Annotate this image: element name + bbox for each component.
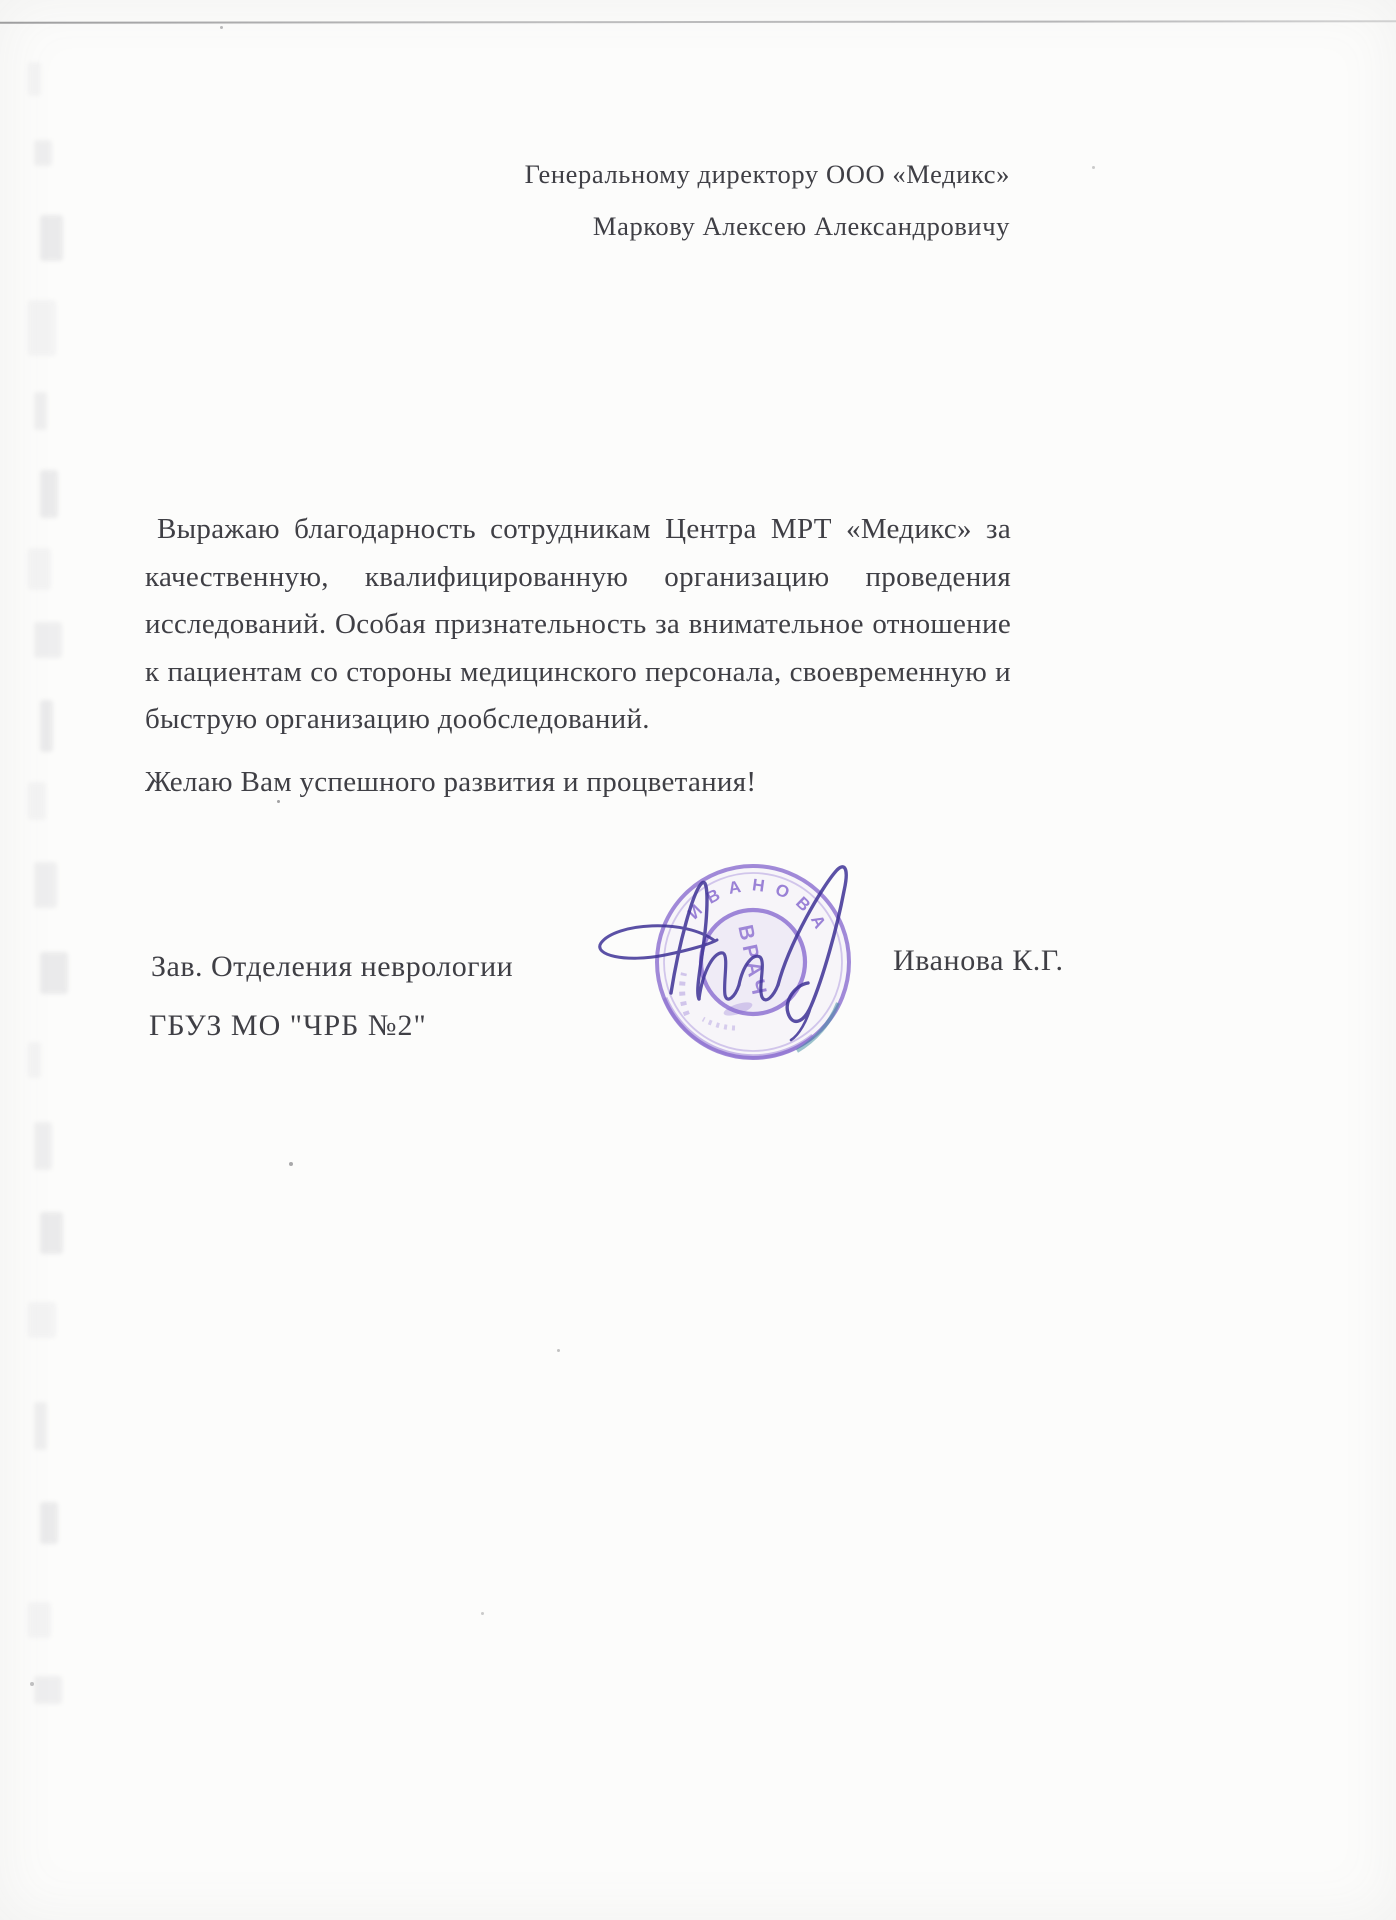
scan-ghost-mark [40, 1502, 58, 1544]
scan-ghost-mark [40, 1212, 63, 1254]
recipient-block: Генеральному директору ООО «Медикс» Марк… [525, 148, 1010, 252]
scan-ghost-mark [34, 1402, 47, 1450]
scan-ghost-mark [34, 622, 62, 658]
scan-ghost-mark [28, 782, 46, 820]
closing-line: Желаю Вам успешного развития и процветан… [145, 766, 756, 799]
scan-ghost-mark [34, 1122, 52, 1170]
stamp-and-signature: ИВАНОВА ВРАЧ [575, 843, 885, 1078]
signer-name: Иванова К.Г. [893, 944, 1064, 978]
scan-ghost-mark [28, 300, 56, 356]
scan-ghost-mark [28, 1302, 56, 1338]
scan-line-artifact [0, 20, 1396, 23]
scan-ghost-mark [28, 548, 51, 590]
scan-ghost-mark [40, 215, 63, 261]
body-line: качественную, квалифицированную организа… [145, 554, 1011, 602]
scan-speck [289, 1162, 293, 1166]
scan-speck [30, 1682, 34, 1686]
scan-ghost-mark [34, 392, 47, 430]
body-paragraph: Выражаю благодарность сотрудникам Центра… [145, 506, 1011, 744]
scan-speck [277, 800, 280, 803]
scan-ghost-mark [34, 140, 52, 166]
scan-speck [1092, 166, 1095, 169]
scan-ghost-mark [40, 470, 58, 518]
round-stamp-graphic: ИВАНОВА ВРАЧ [575, 843, 885, 1078]
scan-ghost-mark [28, 1602, 51, 1638]
scan-ghost-mark [28, 1042, 41, 1078]
body-line: исследований. Особая признательность за … [145, 601, 1011, 649]
recipient-line-2: Маркову Алексею Александровичу [525, 200, 1010, 252]
signer-organization-line: ГБУЗ МО "ЧРБ №2" [149, 1009, 427, 1043]
scan-speck [557, 1349, 560, 1352]
signer-position-line: Зав. Отделения неврологии [151, 950, 513, 984]
scan-ghost-mark [40, 952, 68, 994]
recipient-line-1: Генеральному директору ООО «Медикс» [525, 148, 1010, 200]
scan-ghost-mark [34, 862, 57, 908]
scan-speck [220, 26, 223, 29]
scan-ghost-mark [40, 700, 53, 752]
scanned-letter-page: Генеральному директору ООО «Медикс» Марк… [0, 0, 1396, 1920]
body-line: быструю организацию дообследований. [145, 696, 1011, 744]
scan-ghost-mark [28, 62, 41, 96]
body-line: Выражаю благодарность сотрудникам Центра… [145, 506, 1011, 554]
scan-ghost-mark [34, 1676, 62, 1704]
scan-speck [481, 1612, 484, 1615]
body-line: к пациентам со стороны медицинского перс… [145, 649, 1011, 697]
